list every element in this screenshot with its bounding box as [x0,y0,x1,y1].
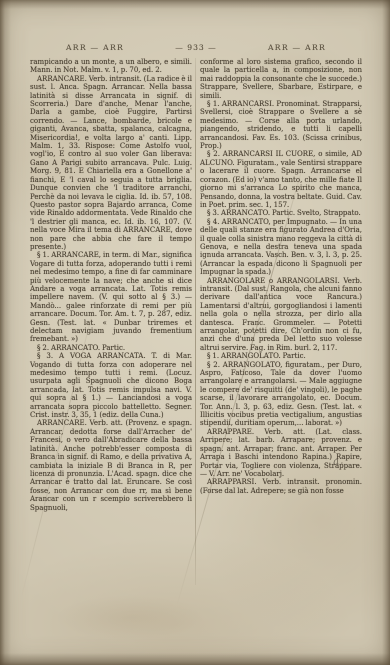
scan-edge-shadow-top [0,0,390,9]
section-4-arrancato-impugnato: § 4. ARRANCATO, per Impugnato. — In una … [200,218,362,277]
entry-arrancare-intransit: ARRANCARE. Verb. intransit. (La radice è… [30,75,192,252]
left-column: rampicando a un monte, a un albero, e si… [30,58,192,585]
paragraph-continuation: conforme al loro sistema grafico, second… [200,58,362,100]
paragraph-continuation: rampicando a un monte, a un albero, e si… [30,58,192,75]
paper-background: ARR — ARR — 933 — ARR — ARR rampicando a… [0,0,390,665]
scan-edge-shadow-left [0,0,11,665]
running-head-right: ARR — ARR [232,43,362,52]
section-1-arrangolato: § 1. ARRANGOLATO. Partic. [200,352,362,360]
column-divider-rule [195,58,196,585]
section-2-arrancarsi-il-cuore: § 2. ARRANCARSI IL CUORE, o simile, AD A… [200,150,362,209]
scan-edge-shadow-bottom [0,653,390,665]
running-head-left: ARR — ARR [30,43,160,52]
section-2-arrangolato-fig: § 2. ARRANGOLATO, figuratam., per Duro, … [200,361,362,428]
section-1-arrancare-mar: § 1. ARRANCARE, in term. di Mar., signif… [30,251,192,343]
entry-arrapparsi: ARRAPPARSI. Verb. intransit. pronomin. (… [200,478,362,495]
scan-edge-shadow-right [382,0,390,665]
text-body: rampicando a un monte, a un albero, e si… [30,58,362,585]
section-3-a-voga-arrancata: § 3. A VOGA ARRANCATA. T. di Mar. Vogand… [30,352,192,419]
scanned-dictionary-page: ARR — ARR — 933 — ARR — ARR rampicando a… [0,0,390,665]
paper-stain [55,595,205,640]
pencil-annotation: a. [332,455,345,468]
section-1-arrancarsi: § 1. ARRANCARSI. Pronominat. Strapparsi,… [200,100,362,150]
entry-arrappare: ARRAPPARE. Verb. att. (Lat. class. Arrip… [200,428,362,478]
entry-arrangolare: ARRANGOLARE o ARRANGOLARSI. Verb. intran… [200,277,362,353]
section-3-arrancato-partic: § 3. ARRANCATO. Partic. Svelto, Strappat… [200,209,362,217]
page-number: — 933 — [160,43,232,52]
right-column: conforme al loro sistema grafico, second… [200,58,362,585]
running-head: ARR — ARR — 933 — ARR — ARR [30,43,362,52]
entry-arrancare-att: ARRANCARE. Verb. att. (Provenz. e spagn.… [30,419,192,511]
section-2-arrancato: § 2. ARRANCATO. Partic. [30,344,192,352]
